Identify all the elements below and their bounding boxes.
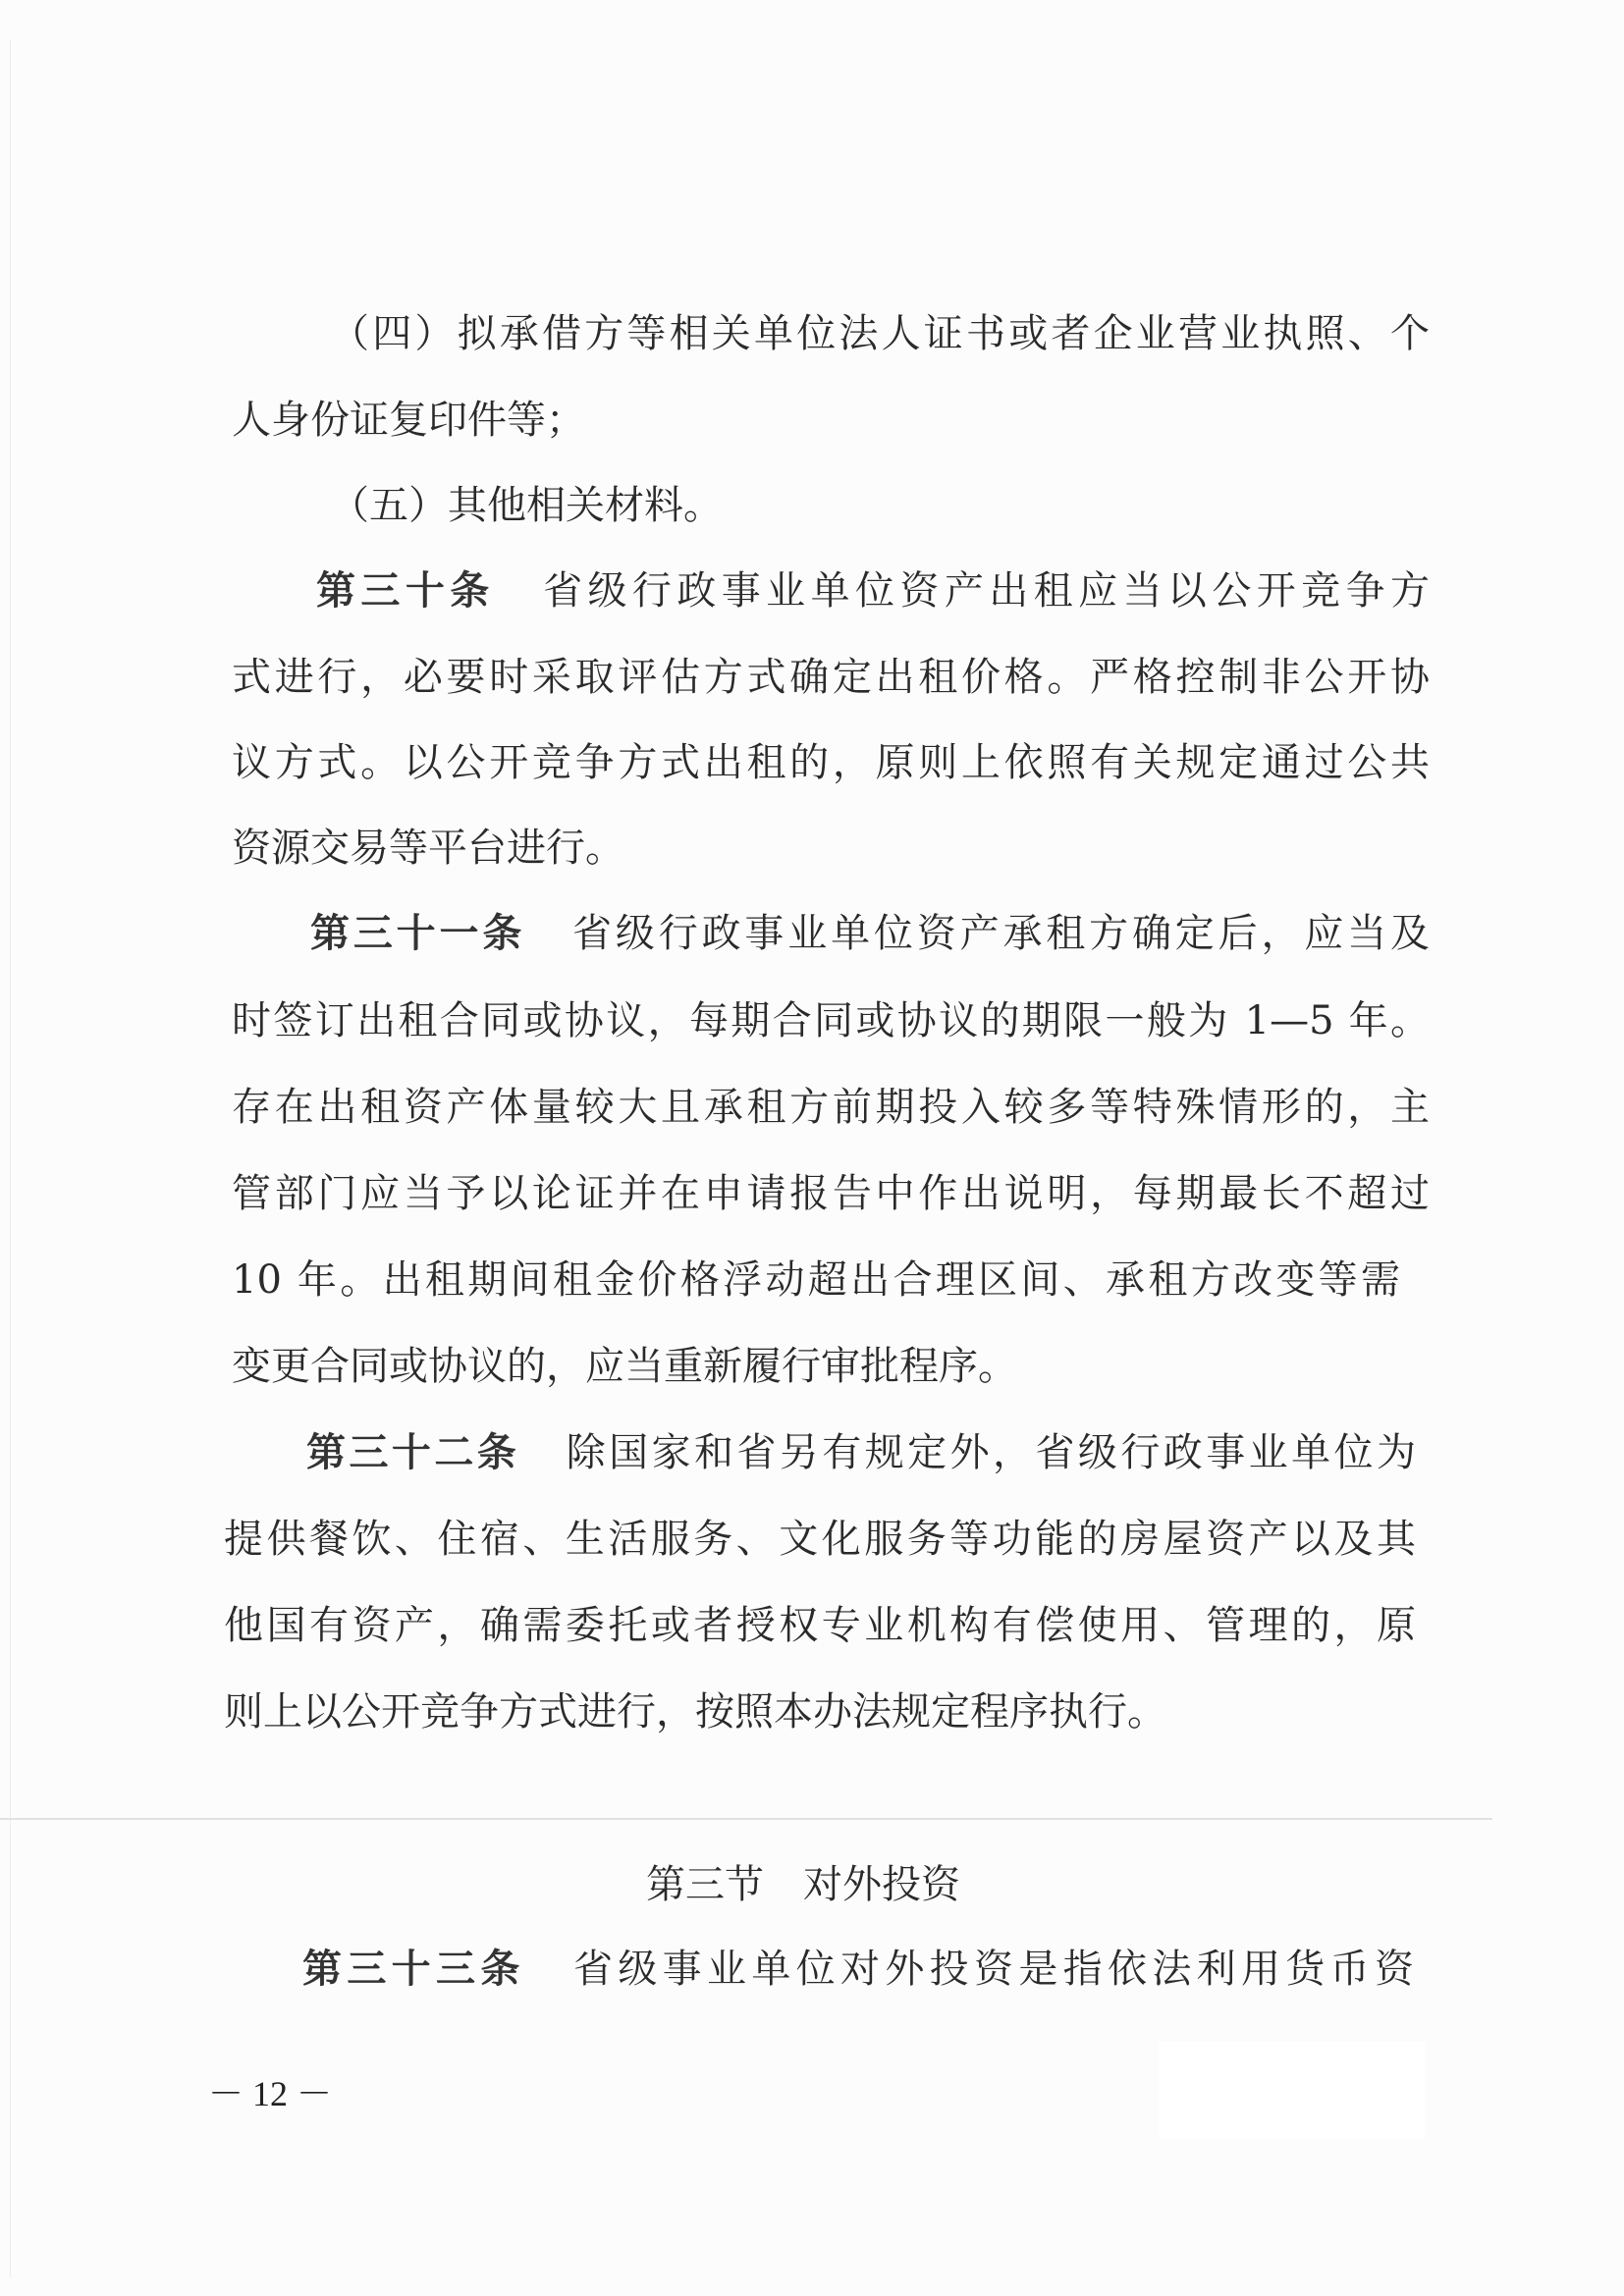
article-32-label: 第三十二条 (306, 1430, 519, 1475)
article-31-first-text: 省级行政事业单位资产承租方确定后，应当及 (568, 911, 1430, 956)
article-31-line-5: 10 年。出租期间租金价格浮动超出合理区间、承租方改变等需 (232, 1251, 1400, 1309)
article-31-first-line: 第三十一条省级行政事业单位资产承租方确定后，应当及 (310, 904, 1430, 963)
section-heading: 第三节对外投资 (646, 1855, 960, 1914)
article-30-line-3: 议方式。以公开竞争方式出租的，原则上依照有关规定通过公共 (232, 733, 1430, 792)
article-30-line-4: 资源交易等平台进行。 (232, 819, 1430, 878)
article-33-label: 第三十三条 (302, 1947, 525, 1992)
scan-white-patch (1159, 2042, 1426, 2138)
article-32-line-2: 提供餐饮、住宿、生活服务、文化服务等功能的房屋资产以及其 (224, 1510, 1416, 1569)
article-33-first-text: 省级事业单位对外投资是指依法利用货币资 (568, 1947, 1414, 1992)
section-title: 对外投资 (803, 1862, 960, 1907)
article-30-first-text: 省级行政事业单位资产出租应当以公开竞争方 (538, 568, 1430, 614)
article-32-first-text: 除国家和省另有规定外，省级行政事业单位为 (563, 1430, 1416, 1475)
article-30-first-line: 第三十条省级行政事业单位资产出租应当以公开竞争方 (316, 561, 1430, 620)
article-30-line-2: 式进行，必要时采取评估方式确定出租价格。严格控制非公开协 (232, 648, 1430, 707)
article-32-line-4: 则上以公开竞争方式进行，按照本办法规定程序执行。 (224, 1682, 1416, 1741)
article-32-line-3: 他国有资产，确需委托或者授权专业机构有偿使用、管理的，原 (224, 1596, 1416, 1655)
article-31-line-3: 存在出租资产体量较大且承租方前期投入较多等特殊情形的，主 (232, 1078, 1430, 1137)
article-32-first-line: 第三十二条除国家和省另有规定外，省级行政事业单位为 (306, 1423, 1416, 1482)
article-33-first-line: 第三十三条省级事业单位对外投资是指依法利用货币资 (302, 1940, 1414, 1999)
paragraph-item-4-line-2: 人身份证复印件等； (232, 391, 1430, 450)
paragraph-item-4-line-1: （四）拟承借方等相关单位法人证书或者企业营业执照、个 (330, 304, 1430, 363)
scan-edge-artifact (10, 39, 11, 2277)
page-number: － 12 － (208, 2069, 332, 2118)
paragraph-item-5-line-1: （五）其他相关材料。 (330, 476, 1430, 535)
article-31-line-6: 变更合同或协议的，应当重新履行审批程序。 (232, 1337, 1430, 1396)
article-31-line-2: 时签订出租合同或协议，每期合同或协议的期限一般为 1—5 年。 (232, 991, 1430, 1050)
article-31-label: 第三十一条 (310, 911, 525, 956)
scan-fold-line (0, 1818, 1492, 1820)
section-number: 第三节 (646, 1862, 764, 1907)
article-30-label: 第三十条 (316, 568, 495, 614)
article-31-line-4: 管部门应当予以论证并在申请报告中作出说明，每期最长不超过 (232, 1164, 1430, 1223)
